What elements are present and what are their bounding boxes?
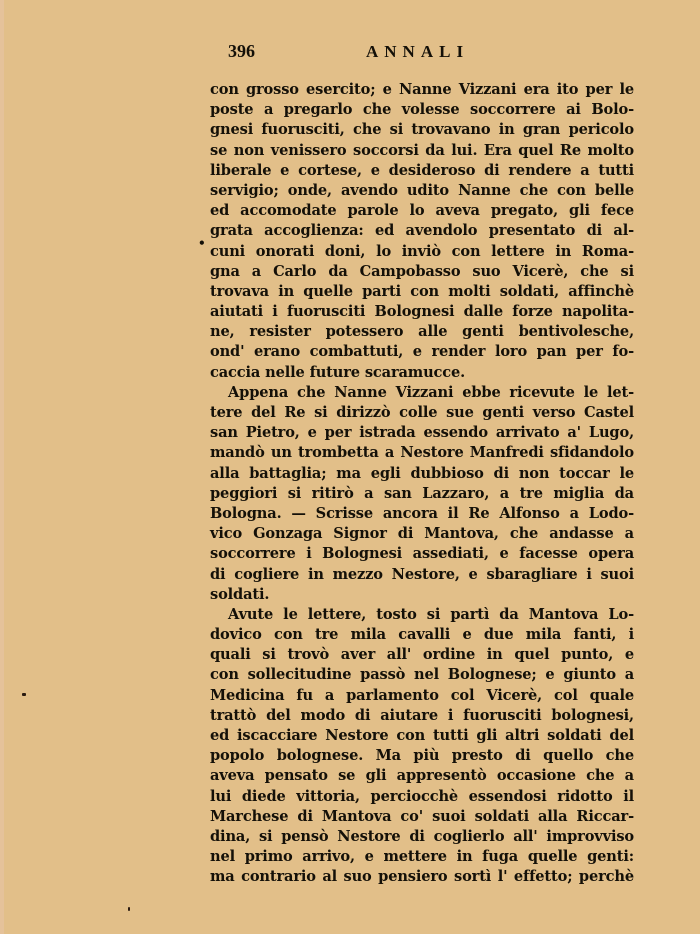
text-line: poste a pregarlo che volesse soccorrere … bbox=[210, 100, 634, 120]
text-line: dovico con tre mila cavalli e due mila f… bbox=[210, 625, 634, 645]
body-text: con grosso esercito; e Nanne Vizzani era… bbox=[210, 80, 634, 888]
text-line: ma contrario al suo pensiero sortì l' ef… bbox=[210, 867, 634, 887]
text-line: quali si trovò aver all' ordine in quel … bbox=[210, 645, 634, 665]
text-line: ne, resister potessero alle genti bentiv… bbox=[210, 322, 634, 342]
text-line: se non venissero soccorsi da lui. Era qu… bbox=[210, 141, 634, 161]
text-line: mandò un trombetta a Nestore Manfredi sf… bbox=[210, 443, 634, 463]
text-line: con grosso esercito; e Nanne Vizzani era… bbox=[210, 80, 634, 100]
paragraph-3: Avute le lettere, tosto si partì da Mant… bbox=[210, 605, 634, 888]
text-line: ed accomodate parole lo aveva pregato, g… bbox=[210, 201, 634, 221]
text-line: di cogliere in mezzo Nestore, e sbaragli… bbox=[210, 565, 634, 585]
text-line: con sollecitudine passò nel Bolognese; e… bbox=[210, 665, 634, 685]
text-line: Medicina fu a parlamento col Vicerè, col… bbox=[210, 686, 634, 706]
text-line: vico Gonzaga Signor di Mantova, che anda… bbox=[210, 524, 634, 544]
page-number: 396 bbox=[228, 41, 255, 62]
text-line: grata accoglienza: ed avendolo presentat… bbox=[210, 221, 634, 241]
text-line: servigio; onde, avendo udito Nanne che c… bbox=[210, 181, 634, 201]
text-line: gnesi fuorusciti, che si trovavano in gr… bbox=[210, 120, 634, 140]
running-head: ANNALI bbox=[366, 42, 469, 62]
text-line: popolo bolognese. Ma più presto di quell… bbox=[210, 746, 634, 766]
text-line: caccia nelle future scaramucce. bbox=[210, 363, 634, 383]
text-line: ond' erano combattuti, e render loro pan… bbox=[210, 342, 634, 362]
text-line: aiutati i fuorusciti Bolognesi dalle for… bbox=[210, 302, 634, 322]
text-line: tere del Re si dirizzò colle sue genti v… bbox=[210, 403, 634, 423]
ink-speck bbox=[128, 907, 130, 911]
text-line: liberale e cortese, e desideroso di rend… bbox=[210, 161, 634, 181]
text-line: Avute le lettere, tosto si partì da Mant… bbox=[210, 605, 634, 625]
text-line: trovava in quelle parti con molti soldat… bbox=[210, 282, 634, 302]
text-line: gna a Carlo da Campobasso suo Vicerè, ch… bbox=[210, 262, 634, 282]
text-line: dina, si pensò Nestore di coglierlo all'… bbox=[210, 827, 634, 847]
ink-speck bbox=[22, 693, 26, 696]
paragraph-2: Appena che Nanne Vizzani ebbe ricevute l… bbox=[210, 383, 634, 605]
text-line: soccorrere i Bolognesi assediati, e face… bbox=[210, 544, 634, 564]
text-line: lui diede vittoria, perciocchè essendosi… bbox=[210, 787, 634, 807]
text-line: trattò del modo di aiutare i fuorusciti … bbox=[210, 706, 634, 726]
text-line: cuni onorati doni, lo inviò con lettere … bbox=[210, 242, 634, 262]
text-line: san Pietro, e per istrada essendo arriva… bbox=[210, 423, 634, 443]
text-line: ed iscacciare Nestore con tutti gli altr… bbox=[210, 726, 634, 746]
page-left-edge bbox=[0, 0, 4, 934]
text-line: Marchese di Mantova co' suoi soldati all… bbox=[210, 807, 634, 827]
text-line: alla battaglia; ma egli dubbioso di non … bbox=[210, 464, 634, 484]
text-line: Appena che Nanne Vizzani ebbe ricevute l… bbox=[210, 383, 634, 403]
book-page: 396 ANNALI con grosso esercito; e Nanne … bbox=[210, 38, 634, 888]
margin-mark: • bbox=[198, 236, 206, 250]
text-line: Bologna. — Scrisse ancora il Re Alfonso … bbox=[210, 504, 634, 524]
text-line: nel primo arrivo, e mettere in fuga quel… bbox=[210, 847, 634, 867]
text-line: soldati. bbox=[210, 585, 634, 605]
page-header: 396 ANNALI bbox=[210, 38, 634, 72]
paragraph-1: con grosso esercito; e Nanne Vizzani era… bbox=[210, 80, 634, 383]
text-line: peggiori si ritirò a san Lazzaro, a tre … bbox=[210, 484, 634, 504]
text-line: aveva pensato se gli appresentò occasion… bbox=[210, 766, 634, 786]
